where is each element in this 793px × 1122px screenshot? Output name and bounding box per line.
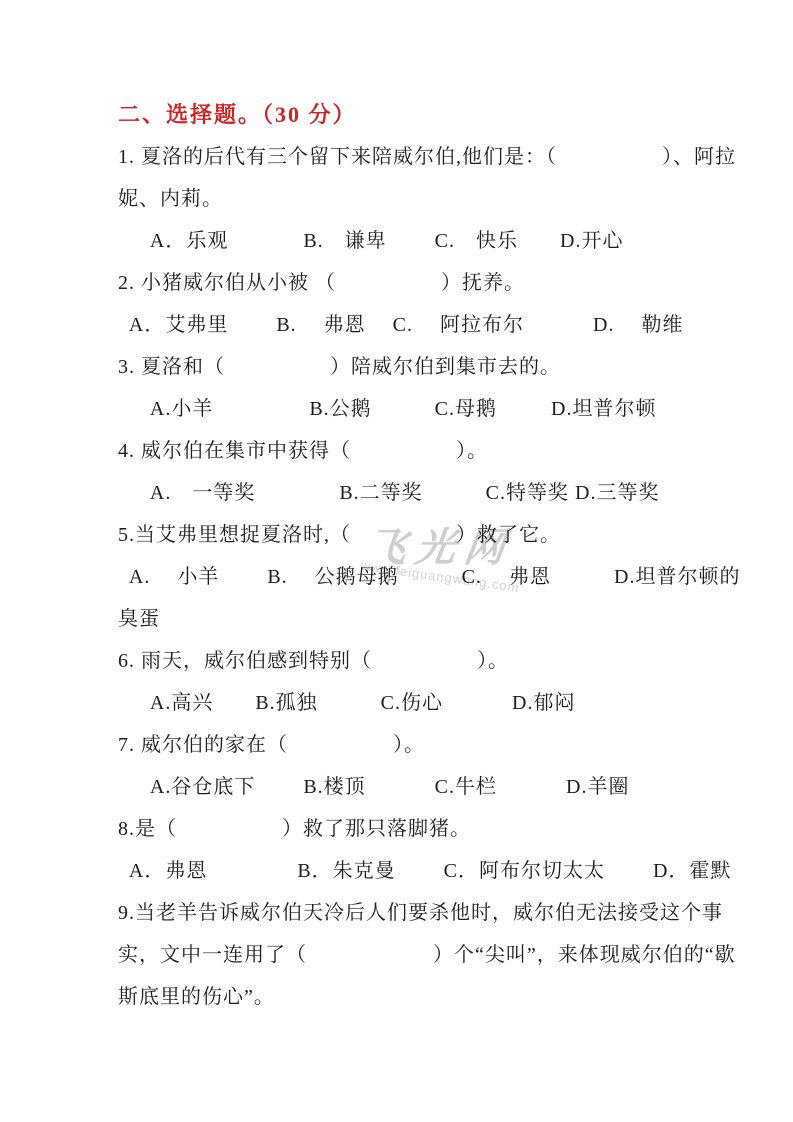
question-3-stem: 3. 夏洛和（ ）陪威尔伯到集市去的。 bbox=[118, 346, 683, 388]
question-6-stem: 6. 雨天，威尔伯感到特别（ ）。 bbox=[118, 640, 683, 682]
question-8-stem: 8.是（ ）救了那只落脚猪。 bbox=[118, 808, 683, 850]
question-7-options: A.谷仓底下 B.楼顶 C.牛栏 D.羊圈 bbox=[118, 766, 683, 808]
question-5-stem: 5.当艾弗里想捉夏洛时,（ ）救了它。 bbox=[118, 514, 683, 556]
section-heading: 二、选择题。（30 分） bbox=[118, 94, 683, 136]
question-7-stem: 7. 威尔伯的家在（ ）。 bbox=[118, 724, 683, 766]
question-5-options: A. 小羊 B. 公鹅母鹅 C. 弗恩 D.坦普尔顿的 臭蛋 bbox=[118, 556, 683, 640]
question-3-options: A.小羊 B.公鹅 C.母鹅 D.坦普尔顿 bbox=[118, 388, 683, 430]
question-4-stem: 4. 威尔伯在集市中获得（ ）。 bbox=[118, 430, 683, 472]
question-2-stem: 2. 小猪威尔伯从小被 （ ）抚养。 bbox=[118, 262, 683, 304]
worksheet-page: 飞光网 www.feiguangwang.com 二、选择题。（30 分） 1.… bbox=[0, 0, 793, 1122]
question-9-stem: 9.当老羊告诉威尔伯天冷后人们要杀他时，威尔伯无法接受这个事 实，文中一连用了（… bbox=[118, 892, 683, 1018]
question-2-options: A．艾弗里 B. 弗恩 C. 阿拉布尔 D. 勒维 bbox=[118, 304, 683, 346]
worksheet-content: 二、选择题。（30 分） 1. 夏洛的后代有三个留下来陪威尔伯,他们是：（ ）、… bbox=[0, 0, 793, 1018]
question-8-options: A．弗恩 B．朱克曼 C．阿布尔切太太 D．霍默 bbox=[118, 850, 683, 892]
question-6-options: A.高兴 B.孤独 C.伤心 D.郁闷 bbox=[118, 682, 683, 724]
question-1-stem: 1. 夏洛的后代有三个留下来陪威尔伯,他们是：（ ）、阿拉 妮、内莉。 bbox=[118, 136, 683, 220]
question-4-options: A. 一等奖 B.二等奖 C.特等奖 D.三等奖 bbox=[118, 472, 683, 514]
question-1-options: A．乐观 B. 谦卑 C. 快乐 D.开心 bbox=[118, 220, 683, 262]
